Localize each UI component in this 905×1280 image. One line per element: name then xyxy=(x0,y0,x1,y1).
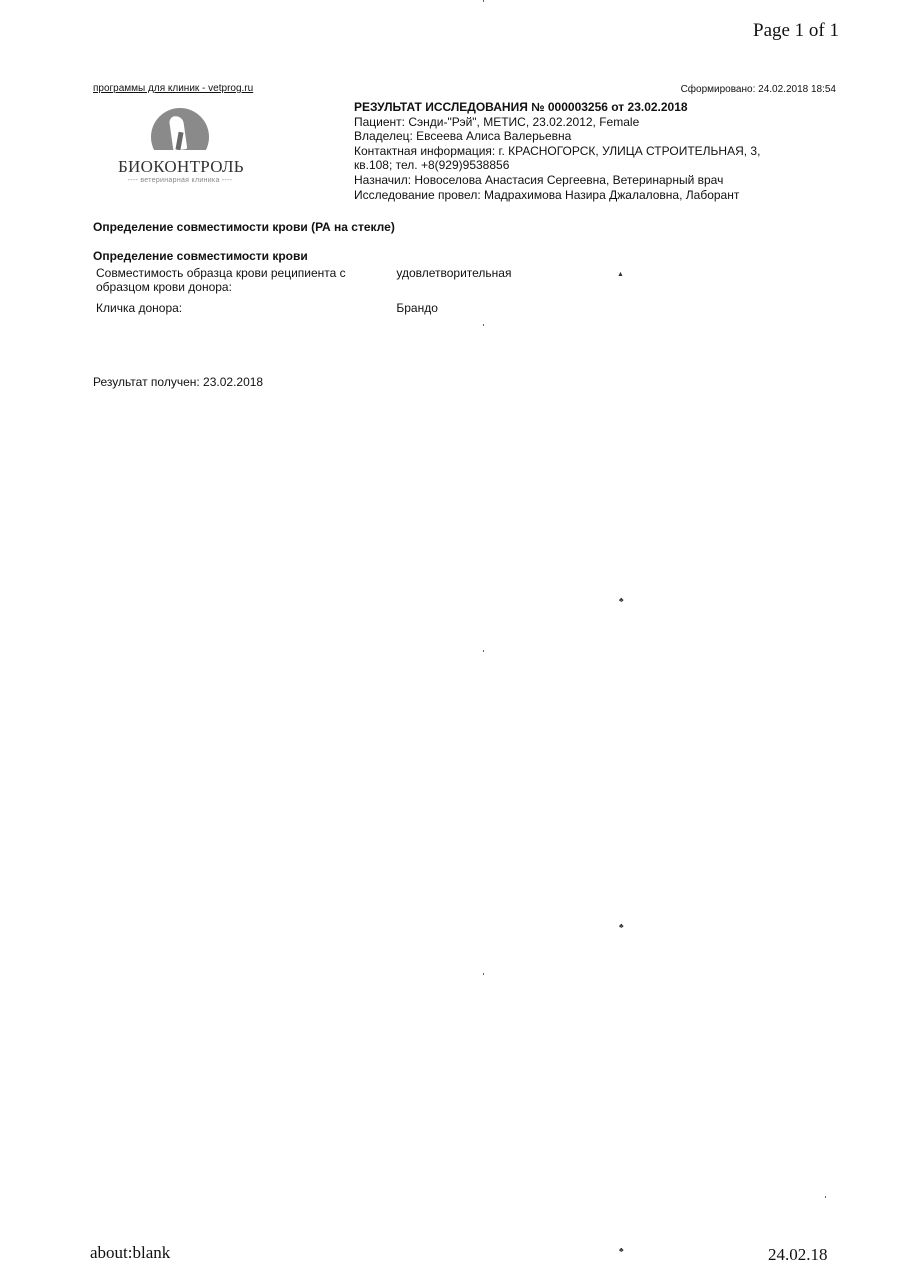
dog-silhouette-icon xyxy=(151,108,209,150)
result-value: Брандо xyxy=(396,301,438,315)
result-label-line1: Совместимость образца крови реципиента с xyxy=(96,266,346,280)
scan-artifact: ♣ xyxy=(619,924,625,929)
vetprog-link[interactable]: программы для клиник - vetprog.ru xyxy=(93,83,253,94)
generated-timestamp: Сформировано: 24.02.2018 18:54 xyxy=(681,84,836,95)
performed-by: Исследование провел: Мадрахимова Назира … xyxy=(354,188,814,203)
result-label: Совместимость образца крови реципиента с… xyxy=(96,266,393,294)
assigned-by: Назначил: Новоселова Анастасия Сергеевна… xyxy=(354,173,814,188)
patient-info: Пациент: Сэнди-"Рэй", МЕТИС, 23.02.2012,… xyxy=(354,115,814,130)
report-header: РЕЗУЛЬТАТ ИССЛЕДОВАНИЯ № 000003256 от 23… xyxy=(354,100,814,202)
clinic-logo: БИОКОНТРОЛЬ ---- ветеринарная клиника --… xyxy=(118,108,242,185)
report-title: РЕЗУЛЬТАТ ИССЛЕДОВАНИЯ № 000003256 от 23… xyxy=(354,100,814,115)
contact-info-line2: кв.108; тел. +8(929)9538856 xyxy=(354,158,814,173)
result-value: удовлетворительная xyxy=(396,266,511,280)
scan-artifact: ♣ xyxy=(619,1248,625,1253)
result-label-line2: образцом крови донора: xyxy=(96,280,232,294)
subsection-title: Определение совместимости крови xyxy=(93,249,308,263)
footer-date: 24.02.18 xyxy=(768,1245,828,1265)
result-label: Кличка донора: xyxy=(96,301,393,315)
owner-info: Владелец: Евсеева Алиса Валерьевна xyxy=(354,129,814,144)
scan-artifact xyxy=(483,324,484,326)
clinic-name: БИОКОНТРОЛЬ xyxy=(118,158,242,176)
section-title: Определение совместимости крови (РА на с… xyxy=(93,220,395,234)
scan-artifact xyxy=(483,650,484,652)
scan-artifact: ▲ xyxy=(617,272,623,277)
scan-artifact xyxy=(825,1196,826,1198)
scan-artifact xyxy=(483,973,484,975)
scan-artifact xyxy=(483,0,484,2)
result-row: Кличка донора: Брандо xyxy=(96,301,696,315)
clinic-tagline: ---- ветеринарная клиника ---- xyxy=(118,176,242,185)
contact-info-line1: Контактная информация: г. КРАСНОГОРСК, У… xyxy=(354,144,814,159)
scan-artifact: ♣ xyxy=(619,598,625,603)
result-row: Совместимость образца крови реципиента с… xyxy=(96,266,696,294)
result-received-date: Результат получен: 23.02.2018 xyxy=(93,375,263,389)
page-indicator: Page 1 of 1 xyxy=(753,20,839,42)
footer-url: about:blank xyxy=(90,1243,170,1263)
